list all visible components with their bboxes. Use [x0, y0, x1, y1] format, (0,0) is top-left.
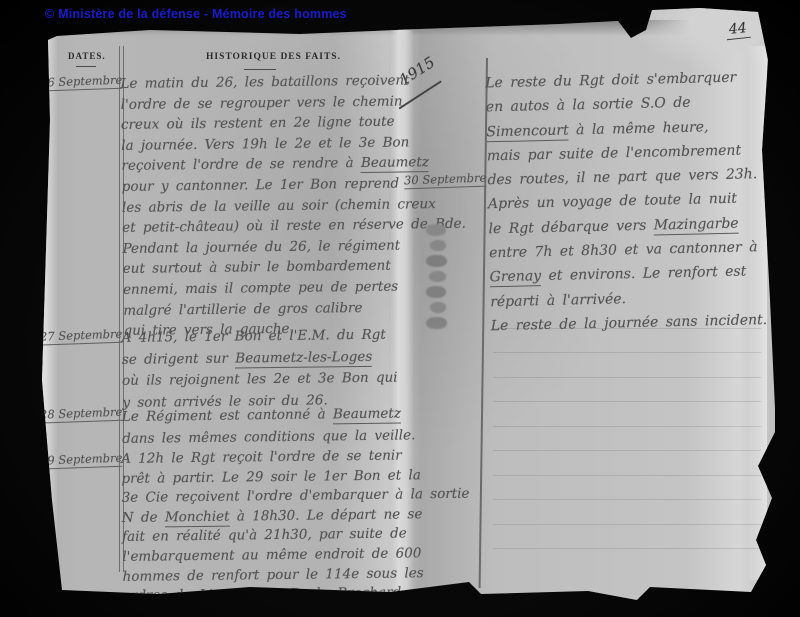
ruled-line — [493, 426, 761, 427]
entry-28-september: Le Régiment est cantonné à Beaumetz dans… — [122, 402, 435, 450]
place-name: Beaumetz — [361, 155, 429, 174]
date-label: 30 Septembre — [404, 171, 487, 188]
date-label: 27 Septembre — [40, 326, 130, 343]
date-text: 27 Septembre — [40, 327, 123, 346]
ruled-line — [493, 328, 761, 329]
place-name: Monchiet — [165, 508, 230, 527]
date-label: 29 Septembre — [40, 450, 130, 467]
place-name: Mazingarbe — [654, 215, 739, 235]
place-name: Simencourt — [486, 122, 569, 142]
ruled-line — [493, 499, 761, 500]
journal-line: ennemi, mais il compte peu de pertes — [123, 276, 435, 300]
ink-blot — [426, 255, 447, 267]
entry-27-september: A 4h15, le 1er Bon et l'E.M. du Rgt se d… — [121, 324, 434, 414]
date-text: 29 Septembre — [40, 451, 123, 470]
entry-29-september: A 12h le Rgt reçoit l'ordre de se tenir … — [121, 446, 435, 607]
archive-watermark: © Ministère de la défense - Mémoire des … — [45, 7, 347, 21]
page-number: 44 — [725, 20, 751, 40]
journal-line: ordres du Lieut de La Roche-Brochard. — [123, 583, 435, 606]
date-label: 28 Septembre — [40, 404, 130, 421]
date-text: 26 Septembre — [40, 73, 123, 92]
place-name: Beaumetz — [333, 405, 401, 424]
ruled-line — [493, 401, 761, 402]
place-name: Grenay — [490, 268, 542, 287]
ink-blot — [426, 286, 446, 298]
ink-blot — [426, 317, 447, 329]
ruled-line — [493, 352, 761, 353]
ink-blot — [426, 224, 446, 236]
journal-line: Le reste de la journée sans incident. — [491, 308, 781, 339]
place-name: Beaumetz-les-Loges — [235, 348, 372, 368]
dates-column-rule-outer — [119, 46, 120, 572]
ruled-line — [493, 475, 761, 476]
ink-bleed-strip — [426, 220, 452, 333]
scanned-journal-page: DATES. HISTORIQUE DES FAITS. 1915 44 26 … — [38, 6, 775, 600]
date-text: 28 Septembre — [40, 405, 123, 424]
paper-left-torn-edge — [38, 26, 58, 600]
entry-26-september: Le matin du 26, les bataillons reçoivent… — [120, 70, 435, 342]
date-text: 30 Septembre — [404, 171, 487, 190]
ink-blot — [430, 302, 446, 313]
ink-blot — [429, 271, 446, 282]
dates-header-underline — [76, 66, 96, 67]
journal-line: où ils rejoignent les 2e et 3e Bon qui — [122, 367, 434, 392]
facts-column-header: HISTORIQUE DES FAITS. — [206, 52, 341, 62]
date-label: 26 Septembre — [40, 72, 130, 89]
entry-30-september: Le reste du Rgt doit s'embarquer en auto… — [485, 65, 781, 339]
ruled-line — [493, 450, 761, 451]
ruled-line — [493, 548, 761, 549]
ink-blot — [430, 240, 446, 251]
ruled-line — [493, 524, 761, 525]
ruled-line — [493, 377, 761, 378]
dates-column-header: DATES. — [68, 51, 106, 61]
facts-header-underline — [244, 69, 276, 70]
